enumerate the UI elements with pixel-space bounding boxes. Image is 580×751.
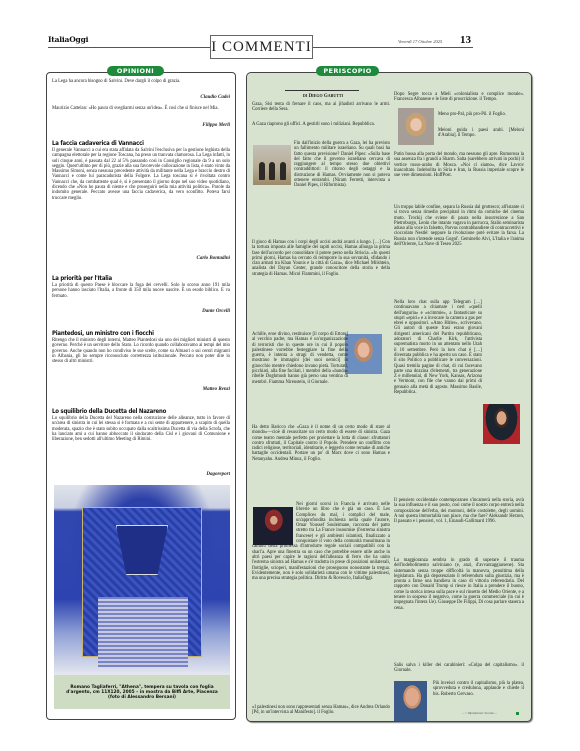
periscopio-item: Ha detto Baricco che «Gaza è il nome di … [252, 425, 390, 462]
end-of-article-mark [516, 712, 519, 715]
periscopio-item: Dopo Segre tocca a Mieli «colonialista e… [394, 92, 524, 103]
periscopio-item: Salis salva i killer dei carabinieri: «C… [394, 663, 524, 674]
page-number: 13 [460, 34, 471, 46]
opinion-headline: La priorità per l'Italia [52, 275, 230, 282]
artwork-caption-box: Romano Tagliaferri, "Athena", tempera su… [54, 675, 230, 709]
opinion-author: Claudio Cadei [120, 95, 230, 100]
opinion-headline: La faccia cadaverica di Vannacci [52, 140, 230, 147]
periscopio-item: La maggioranza sembra in grado di supera… [394, 558, 524, 611]
section-title: I COMMENTI [211, 39, 311, 56]
periscopio-item: A Gaza riaprono gli uffici. A gestirli s… [252, 122, 390, 127]
periscopio-item: Fin dall'inizio della guerra a Gaza, lei… [252, 141, 390, 189]
periscopio-item: Il pensiero occidentale contemporaneo s'… [394, 498, 524, 524]
periscopio-item: Meloni guida i paesi arabi. [Meloni d'Ar… [438, 128, 524, 139]
newspaper-logo: ItaliaOggi [48, 35, 88, 44]
periscopio-item: Il gioco di Hamas con i corpi degli ucci… [252, 240, 390, 277]
periscopio-item-text: Nella loro chat sulla app Telegram […] c… [394, 300, 482, 395]
artwork-lower-panel [98, 597, 188, 667]
opinion-headline: Lo squilibrio della Ducetta del Nazareno [52, 408, 230, 415]
periscopio-tag: PERISCOPIO [316, 66, 379, 76]
byline-rule [285, 90, 359, 91]
opinion-author: Matteo Renzi [120, 387, 230, 392]
issue-date: Venerdì 17 Ottobre 2025 [398, 39, 442, 44]
opinioni-tag: OPINIONI [107, 66, 164, 76]
periscopio-item: Nella loro chat sulla app Telegram […] c… [394, 300, 524, 446]
periscopio-item: Achille, eroe divino, restituisce [il co… [252, 332, 390, 385]
opinion-text: Maurizio Cattelan: «Ho paura di svegliar… [52, 106, 230, 111]
periscopio-item: Gaza, Sisi tenta di frenare il caos, ma … [252, 102, 390, 113]
artwork-caption: Romano Tagliaferri, "Athena", tempera su… [60, 685, 224, 700]
periscopio-item-text: Ha detto Baricco che «Gaza è il nome di … [252, 425, 390, 462]
periscopio-item: Un troppo labile confine, separa la Russ… [394, 205, 524, 247]
section-title-box: I COMMENTI [210, 35, 313, 59]
periscopio-item-text: Fin dall'inizio della guerra a Gaza, lei… [294, 141, 390, 188]
periscopio-item: «I palestinesi non sono rappresentati se… [252, 705, 390, 716]
meloni-portrait-photo [398, 108, 434, 145]
athena-artwork-image [54, 485, 230, 675]
opinion-text: Lo squilibrio della Ducetta del Nazareno… [52, 416, 230, 442]
opinion-author: Filippo Merli [120, 123, 230, 128]
opinion-author: Dagoreport [120, 472, 230, 477]
gervaso-portrait-photo [394, 681, 427, 721]
opinion-author: Carlo Bontadini [120, 256, 230, 261]
opinion-text: La priorità di questo Paese è bloccare l… [52, 283, 230, 299]
periscopio-item: Più inveisci contro il capitalismo, più … [433, 681, 524, 697]
copyright-notice: — © Riproduzione riservata — [462, 712, 497, 715]
opinion-text: Il generale Vannacci a cui era stata aff… [52, 148, 230, 201]
periscopio-item: Putin bussa alla porta del mondo, ma nes… [394, 152, 524, 178]
periscopio-byline: di Diego Gabutti [284, 93, 362, 99]
opinion-text: La Lega ha ancora bisogno di Salvini. De… [52, 79, 230, 84]
opinion-headline: Piantedosi, un ministro con i fiocchi [52, 330, 230, 337]
periscopio-item-text: Achille, eroe divino, restituisce [il co… [252, 332, 348, 385]
periscopio-item: Nei giorni scorsi in Francia è arrivato … [252, 502, 390, 581]
periscopio-item: Meno pro-Pal, più pro-Pil. il Foglio. [438, 112, 524, 117]
opinion-author: Dante Orcelli [120, 309, 230, 314]
opinion-text: Ritengo che il ministro degli interni, M… [52, 338, 230, 364]
